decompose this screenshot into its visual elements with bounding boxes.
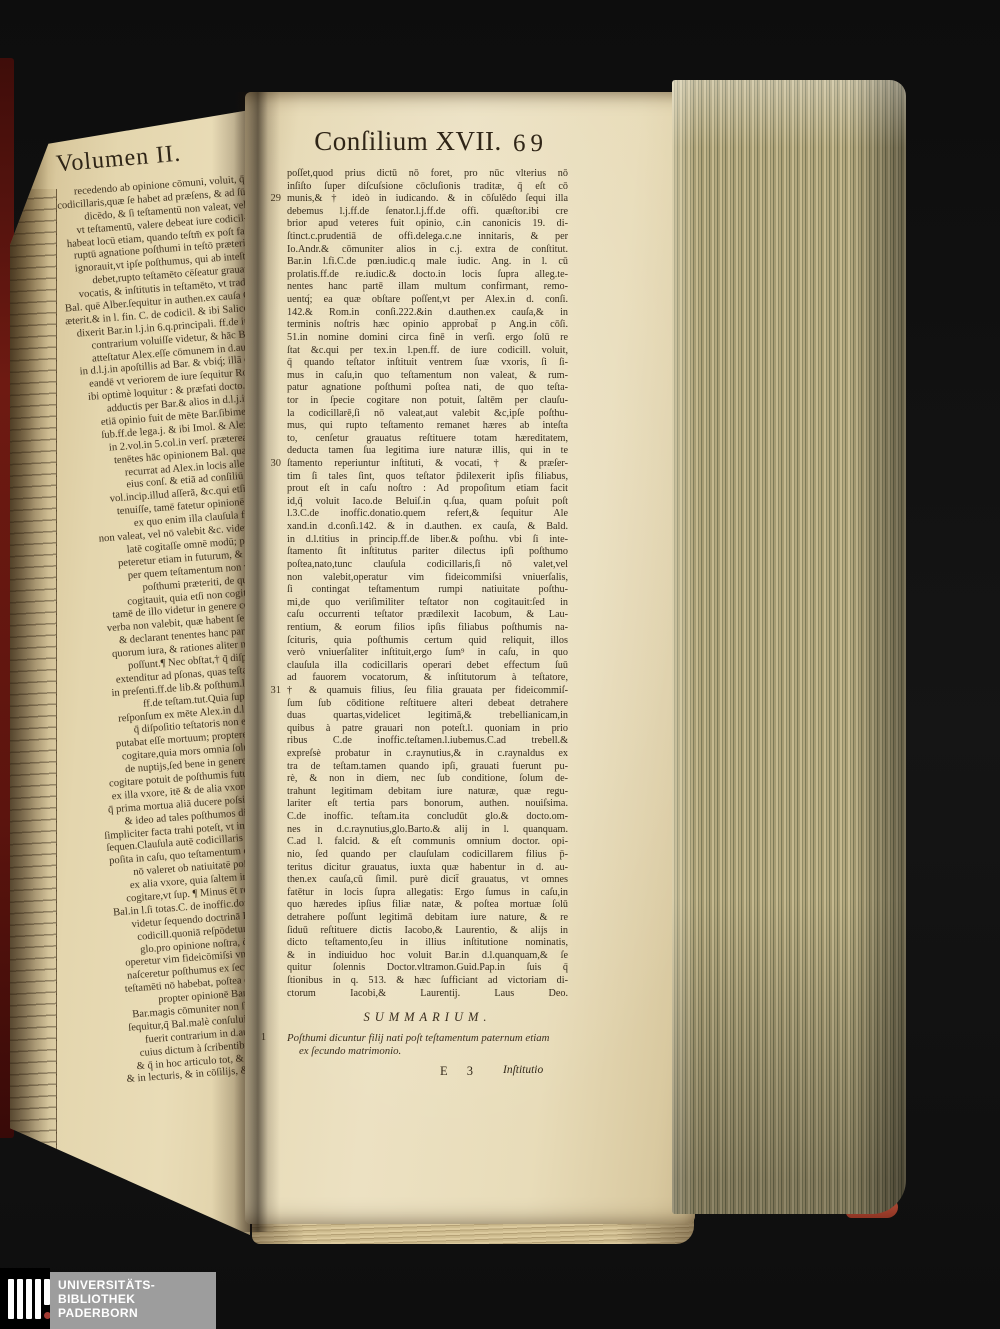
text-line: poſſet,quod prius dictū nō foret, pro nū…	[287, 168, 568, 181]
text-line: prout eſt in caſu noſtro : Ad propoſitum…	[287, 483, 568, 496]
summarium-item-text-2: ex ſecundo matrimonio.	[287, 1045, 568, 1058]
logo-bar-icon	[26, 1279, 32, 1319]
text-line: then.ex cauſa,cū ſimil. purè dicit̄ grau…	[287, 874, 568, 887]
summarium-item: 1 Poſthumi dicuntur filij nati poſt teſt…	[287, 1032, 568, 1045]
signature-row: E 3 Inſtitutio	[245, 1064, 695, 1080]
text-line: quitur ſolennis Doctor.vltramon.Guid.Pap…	[287, 962, 568, 975]
summarium-heading: SUMMARIUM.	[287, 1010, 568, 1025]
text-line: ad fauorem vocatorum, & inſtitutorum à t…	[287, 672, 568, 685]
library-name-line3: PADERBORN	[58, 1306, 155, 1320]
text-line: in d.l.titius in princip.ff.de liber.& p…	[287, 534, 568, 547]
text-line: non valebit,operatur vim fideicommiſsi v…	[287, 572, 568, 585]
left-page: Volumen II. recedendo ab opinione cōmuni…	[10, 110, 250, 1235]
text-line: clauſula illa codicillaris operari debet…	[287, 660, 568, 673]
text-line: quo hæredes ipſius filiæ natæ, & poſtea …	[287, 899, 568, 912]
text-line: ſtat &c.qui per tex.in l.pen.ff. de iure…	[287, 345, 568, 358]
text-line: ctorum Iacobi,& Laurentij. Laus Deo.	[287, 988, 568, 1001]
text-line: detrahere poſſunt legitimā debitam iure …	[287, 912, 568, 925]
summarium-item-number: 1	[261, 1032, 266, 1045]
summarium-item-text: Poſthumi dicuntur filij nati poſt teſtam…	[287, 1032, 549, 1044]
text-line: prolatis.ff.de re.iudic.& docto.in locis…	[287, 269, 568, 282]
right-page: Conſilium XVII. 69 293031 poſſet,quod pr…	[245, 92, 695, 1224]
text-line: q̄ quando teſtator inſtituit ventrem ſuæ…	[287, 357, 568, 370]
text-line: 142.& Rom.in conſi.222.&in d.authen.ex c…	[287, 307, 568, 320]
text-line: 51.in nomine domini circa finē in verſi.…	[287, 332, 568, 345]
text-line: † & quamuis filius, ſeu filia grauata pe…	[287, 685, 568, 698]
text-line: mus in caſu,in quo teſtamentum non valea…	[287, 370, 568, 383]
text-line: munis,& † ideò in iudicando. & in cōſulē…	[287, 193, 568, 206]
text-line: ribus C.de inoffic.teſtamen.l.iubemus.C.…	[287, 735, 568, 748]
text-line: expreſsè probatur in c.raynutius,& in c.…	[287, 748, 568, 761]
page-number: 69	[513, 130, 548, 158]
text-line: l.3.C.de inoffic.donatio.quem refert,& ſ…	[287, 508, 568, 521]
text-line: tor in ſpecie cogitare non potuit, ſaltē…	[287, 395, 568, 408]
signature-mark: E 3	[440, 1064, 473, 1079]
margin-note-number: 30	[271, 458, 282, 469]
catchword: Inſtitutio	[503, 1064, 543, 1076]
text-line: lariter eſt tertia pars bonorum, authen.…	[287, 798, 568, 811]
text-line: verò vniuerſaliter inſtituit,ergo ſum⁹ i…	[287, 647, 568, 660]
text-line: ſtionibus in q. 513. & hæc ſufficiant ad…	[287, 975, 568, 988]
text-line: Bar.in l.fi.C.de pœn.iudic.q male iudic.…	[287, 256, 568, 269]
text-line: poſtea,nato,tunc clauſula codicillaris,ſ…	[287, 559, 568, 572]
text-line: caſu occurrenti teſtator prædilexit Iaco…	[287, 609, 568, 622]
summarium-section: SUMMARIUM. 1 Poſthumi dicuntur filij nat…	[287, 1010, 568, 1057]
library-name: UNIVERSITÄTS- BIBLIOTHEK PADERBORN	[58, 1278, 155, 1320]
text-line: id,q̄ voluit Iaco.de Beluiſ.in q.ſua, qu…	[287, 496, 568, 509]
text-line: ſi contingat teſtamentum rumpi natiuitat…	[287, 584, 568, 597]
text-line: teritus dicitur grauatus, iuxta quæ habe…	[287, 862, 568, 875]
text-line: fatētur in locis ſupra allegatis: Ergo ſ…	[287, 887, 568, 900]
main-text-column: poſſet,quod prius dictū nō foret, pro nū…	[287, 168, 568, 1000]
text-line: mus, qui rupto teſtamento remanet hæres …	[287, 420, 568, 433]
margin-note-numbers: 293031	[249, 168, 281, 1028]
fore-edge-page-stack	[672, 80, 906, 1214]
text-line: duas quartas,videlicet legitimā,& trebel…	[287, 710, 568, 723]
logo-bar-icon	[8, 1279, 14, 1319]
text-line: ſtamento reperiuntur inſtituti, & vocati…	[287, 458, 568, 471]
text-line: C.de inoffic. teſtam.ita concludūt glo.&…	[287, 811, 568, 824]
text-line: mi,de quo veriſimiliter teſtator non cog…	[287, 597, 568, 610]
text-line: rè, & non in diem, nec ſub conditione, ſ…	[287, 773, 568, 786]
text-line: Io.Andr.& cōmuniter alios in c.j. extra …	[287, 244, 568, 257]
text-line: trahunt legitimam debitam iure naturæ, q…	[287, 786, 568, 799]
text-line: inſiſto ſuper diſcuſsione cōcluſionis tr…	[287, 181, 568, 194]
book-scan-photo: Volumen II. recedendo ab opinione cōmuni…	[0, 0, 1000, 1329]
text-line: terminis noſtris hæc opinio approbat̄ p …	[287, 319, 568, 332]
text-line: ſcituris, quia poſthumis certum quid rel…	[287, 635, 568, 648]
library-logo: UNIVERSITÄTS- BIBLIOTHEK PADERBORN	[0, 1268, 216, 1329]
text-line: C.ad l. falcid. & eſt communis omnium do…	[287, 836, 568, 849]
text-line: xand.in d.conſi.142. & in d.authen. ex c…	[287, 521, 568, 534]
margin-note-number: 31	[271, 685, 282, 696]
text-line: quibus à patre grauari non poteſt.l. quo…	[287, 723, 568, 736]
margin-note-number: 29	[271, 193, 282, 204]
library-name-line1: UNIVERSITÄTS-	[58, 1278, 155, 1292]
text-line: deducta tamen ſua legitima iure naturæ i…	[287, 445, 568, 458]
text-line: la codicillarē,ſi nō valeat,aut valebit …	[287, 408, 568, 421]
text-line: ſum ſub cōditione reſtituere alteri debe…	[287, 698, 568, 711]
text-line: to, cenſetur grauatus reſtituere totam h…	[287, 433, 568, 446]
logo-band: UNIVERSITÄTS- BIBLIOTHEK PADERBORN	[50, 1272, 216, 1329]
text-line: nio, ſed quando per clauſulam codicillar…	[287, 849, 568, 862]
right-running-header: Conſilium XVII.	[285, 126, 531, 157]
left-running-header: Volumen II.	[55, 141, 182, 179]
text-line: nes in d.c.raynutius,glo.Barto.& alij in…	[287, 824, 568, 837]
text-line: ſtamento ſit inſtitutus pariter dilectus…	[287, 546, 568, 559]
text-line: tra de teſtam.tamen quando ipſi, grauati…	[287, 761, 568, 774]
text-line: dicto teſtamento,ſeu in illius inſtituti…	[287, 937, 568, 950]
text-line: ſiduū reſtituere dictis Iacobo,& Laurent…	[287, 925, 568, 938]
text-line: patur agnatione poſthumi poſtea nati, de…	[287, 382, 568, 395]
library-name-line2: BIBLIOTHEK	[58, 1292, 155, 1306]
text-line: nentes hanc partē illam multum confirman…	[287, 281, 568, 294]
text-line: tim ſi tales ſint, quos teſtator p̄dilex…	[287, 471, 568, 484]
text-line: rentium, & eorum filios ipſis filiabus p…	[287, 622, 568, 635]
text-line: & in indiuiduo hoc voluit Bar.in d.l.qua…	[287, 950, 568, 963]
text-line: ſtinct.c.prudentiā de offi.delega.c.ne i…	[287, 231, 568, 244]
logo-bar-icon	[17, 1279, 23, 1319]
text-line: brior apud veteres fuit opinio, c.in can…	[287, 218, 568, 231]
text-line: debemus l.j.ff.de ſenator.l.j.ff.de offi…	[287, 206, 568, 219]
logo-bar-icon	[35, 1279, 41, 1319]
text-line: uentq́; ea quæ obſtare poſſent,vt per Al…	[287, 294, 568, 307]
